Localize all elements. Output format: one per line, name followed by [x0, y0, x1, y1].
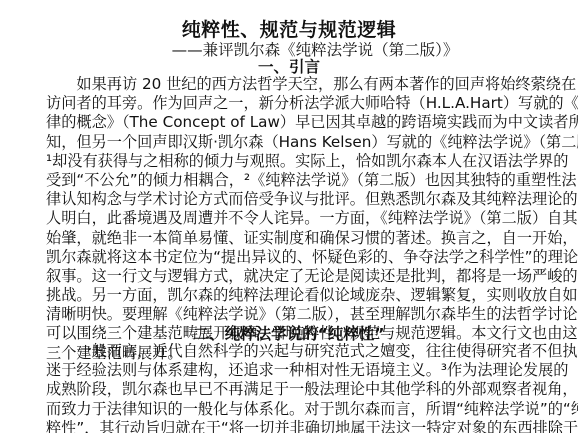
text-line: 律认知构念与学术讨论方式而倍受争议与批评。但熟悉凯尔森及其纯粹法理论的 — [46, 190, 564, 209]
text-line: 凯尔森就将这本书定位为“提出异议的、怀疑色彩的、争夺法学之科学性”的理论 — [46, 248, 564, 267]
text-line: 迷于经验法则与体系建构，还追求一种相对性无语境主义。³作为法理论发展的 — [46, 361, 564, 380]
text-line: 挑战。另一方面，凯尔森的纯粹法理论看似论域庞杂、逻辑繁复，实则收放自如、 — [46, 286, 564, 305]
text-line: 一般而言，近代自然科学的兴起与研究范式之嬗变，往往使得研究者不但执 — [46, 342, 564, 361]
text-line: 如果再访 20 世纪的西方法哲学天空，那么有两本著作的回声将始终萦绕在 — [46, 75, 564, 94]
text-line: 访问者的耳旁。作为回声之一，新分析法学派大师哈特（H.L.A.Hart）写就的《… — [46, 94, 564, 113]
text-line: 始肇，就绝非一本简单易懂、证实制度和确保习惯的著述。换言之，自一开始， — [46, 229, 564, 248]
text-line: 叙事。这一行文与逻辑方式，就决定了无论是阅读还是批判，都将是一场严峻的 — [46, 267, 564, 286]
section-heading-introduction: 一、引言 — [0, 55, 578, 77]
section-heading-purity: 二、纯粹法学说的“纯粹性” — [0, 322, 578, 344]
text-line: 粹性”，其行动旨归就在于“将一切并非确切地属于法这一特定对象的东西排除于” — [46, 419, 564, 433]
text-line: 受到“不公允”的倾力相耦合，²《纯粹法学说》（第二版）也因其独特的重塑性法 — [46, 171, 564, 190]
paragraph-introduction: 如果再访 20 世纪的西方法哲学天空，那么有两本著作的回声将始终萦绕在 访问者的… — [46, 75, 564, 363]
paragraph-purity: 一般而言，近代自然科学的兴起与研究范式之嬗变，往往使得研究者不但执 迷于经验法则… — [46, 342, 564, 433]
text-line: ¹却没有获得与之相称的倾力与观照。实际上，恰如凯尔森本人在汉语法学界的 — [46, 152, 564, 171]
text-line: 人明白，此番境遇及周遭并不令人诧异。一方面，《纯粹法学说》（第二版）自其 — [46, 209, 564, 228]
text-line: 而致力于法律知识的一般化与体系化。对于凯尔森而言，所谓“纯粹法学说”的“纯 — [46, 400, 564, 419]
text-line: 知，但另一个回声即汉斯·凯尔森（Hans Kelsen）写就的《纯粹法学说》（第… — [46, 133, 564, 152]
text-line: 律的概念》（The Concept of Law）早已因其卓越的跨语境实践而为中… — [46, 113, 564, 132]
text-line: 成熟阶段，凯尔森也早已不再满足于一般法理论中其他学科的外部观察者视角， — [46, 380, 564, 399]
